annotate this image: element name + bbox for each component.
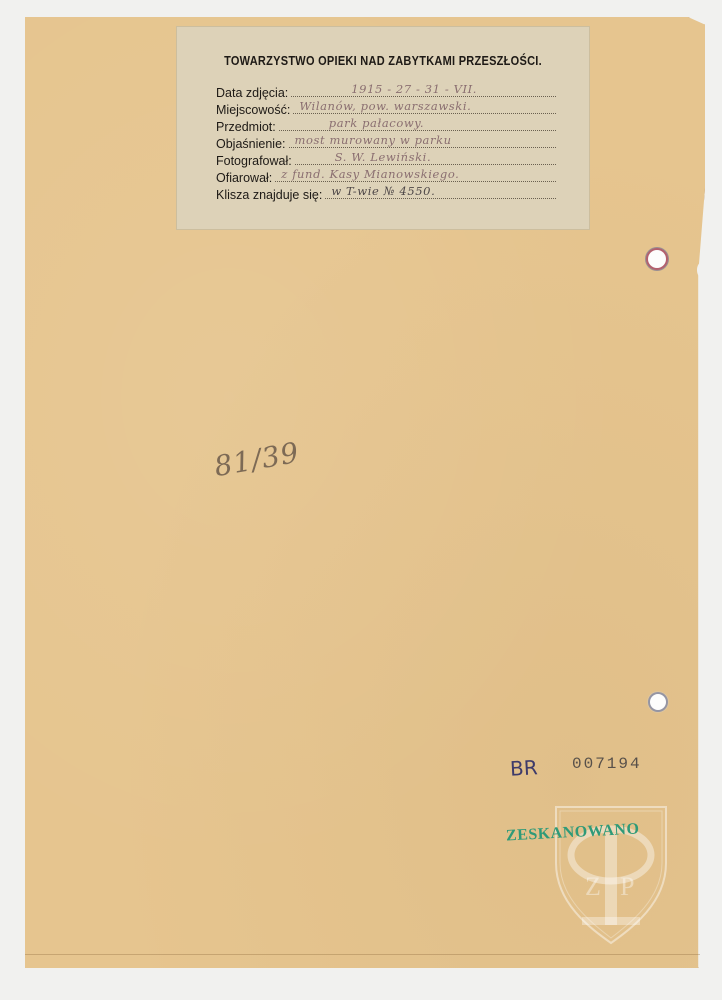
field-label: Przedmiot: [216, 120, 279, 134]
field-plate-location: Klisza znajduje się: w T-wie № 4550. [216, 186, 556, 203]
svg-text:Z: Z [585, 872, 601, 901]
field-label: Objaśnienie: [216, 137, 289, 151]
svg-text:P: P [620, 872, 634, 901]
field-value: 1915 - 27 - 31 - VII. [351, 82, 477, 96]
field-label: Ofiarował: [216, 171, 275, 185]
inventory-number: 007194 [572, 755, 642, 773]
field-label: Klisza znajduje się: [216, 188, 325, 202]
bottom-fold-line [25, 954, 700, 955]
punch-hole-bottom [650, 694, 666, 710]
catalog-label: TOWARZYSTWO OPIEKI NAD ZABYTKAMI PRZESZŁ… [176, 26, 590, 230]
field-label: Miejscowość: [216, 103, 293, 117]
field-value: S. W. Lewiński. [335, 150, 431, 164]
field-value: Wilanów, pow. warszawski. [299, 99, 471, 113]
field-label: Fotografował: [216, 154, 295, 168]
label-title: TOWARZYSTWO OPIEKI NAD ZABYTKAMI PRZESZŁ… [201, 54, 565, 68]
field-value: park pałacowy. [329, 116, 424, 130]
inventory-prefix: BR [509, 755, 538, 780]
field-label: Data zdjęcia: [216, 86, 291, 100]
field-value: z fund. Kasy Mianowskiego. [281, 167, 459, 181]
edge-notch [697, 262, 707, 278]
punch-hole-top [648, 250, 666, 268]
field-value: most murowany w parku [295, 133, 452, 147]
field-value: w T-wie № 4550. [331, 184, 435, 198]
